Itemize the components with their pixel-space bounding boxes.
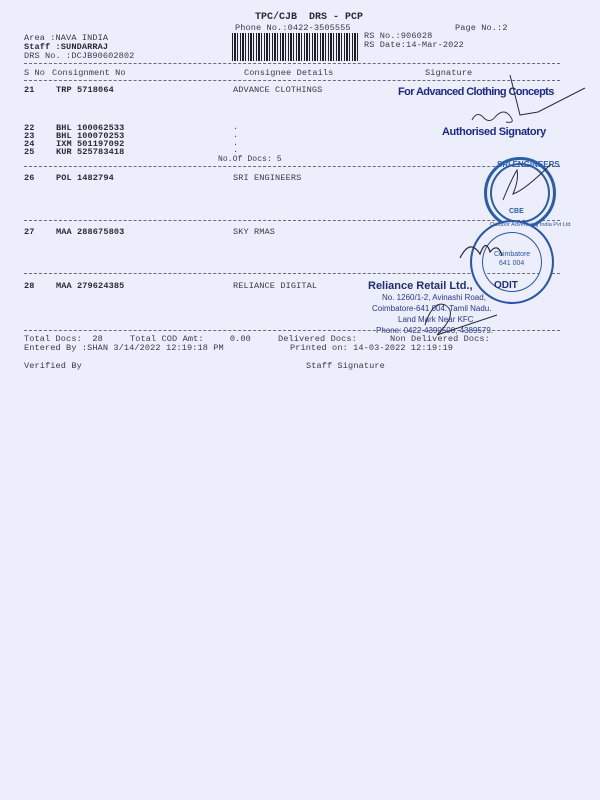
delivery-run-sheet: TPC/CJB DRS - PCP Phone No.:0422-3505555… <box>0 0 600 800</box>
handwritten-signatures <box>0 0 600 800</box>
staff-signature-label: Staff Signature <box>306 361 385 371</box>
verified-by-label: Verified By <box>24 361 82 371</box>
divider <box>24 330 560 331</box>
printed-on: Printed on: 14-03-2022 12:19:19 <box>290 343 453 353</box>
entered-by: Entered By :SHAN 3/14/2022 12:19:18 PM <box>24 343 224 353</box>
